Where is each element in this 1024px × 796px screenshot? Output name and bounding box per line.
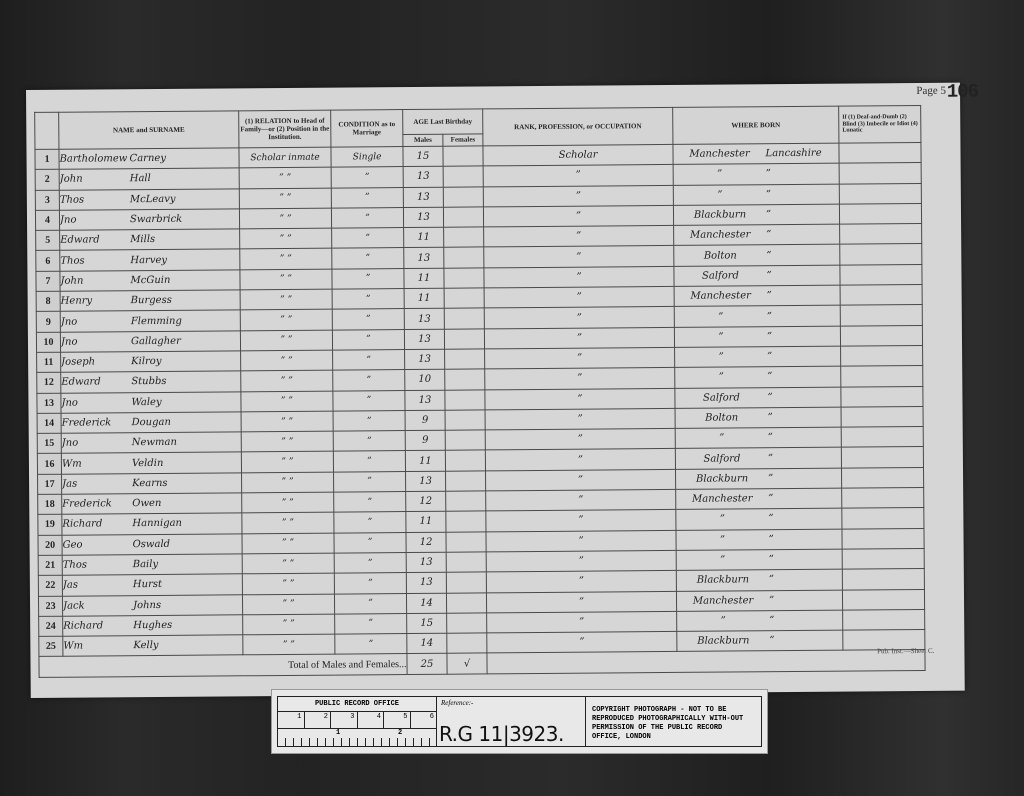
age-male: 11: [406, 512, 446, 533]
birth-county: ”: [766, 189, 771, 200]
header-age-males: Males: [403, 134, 443, 146]
person-name: FrederickDougan: [61, 412, 241, 434]
header-relation: (1) RELATION to Head of Family—or (2) Po…: [239, 110, 331, 148]
where-born: Blackburn”: [676, 569, 842, 591]
occupation: ”: [486, 591, 676, 613]
infirmity: [842, 467, 924, 488]
person-name: JnoSwarbrick: [59, 209, 239, 231]
where-born: ””: [673, 163, 839, 185]
surname: Hannigan: [132, 518, 182, 529]
age-male: 15: [403, 146, 443, 167]
age-male: 9: [405, 410, 445, 431]
infirmity: [842, 589, 924, 610]
first-name: Richard: [63, 620, 133, 632]
age-male: 13: [404, 329, 444, 350]
occupation: ”: [483, 165, 673, 187]
occupation: ”: [484, 226, 674, 248]
first-name: Jno: [62, 437, 132, 449]
where-born: Manchester”: [674, 285, 840, 307]
first-name: Geo: [63, 539, 133, 551]
birth-county: ”: [766, 270, 771, 281]
surname: Baily: [133, 559, 158, 570]
age-female: [444, 268, 484, 289]
age-female: [444, 329, 484, 350]
where-born: Manchester”: [676, 590, 842, 612]
relation: ” ”: [243, 614, 335, 635]
infirmity: [839, 142, 921, 163]
age-female: [446, 552, 486, 573]
where-born: ManchesterLancashire: [673, 143, 839, 165]
relation: ” ”: [242, 472, 334, 493]
infirmity: [842, 508, 924, 529]
birth-place: Bolton: [676, 412, 768, 424]
person-name: JohnHall: [59, 168, 239, 190]
age-male: 14: [407, 633, 447, 654]
surname: Waley: [131, 397, 161, 408]
person-name: JnoGallagher: [60, 330, 240, 352]
where-born: ””: [677, 610, 843, 632]
surname: McGuin: [130, 275, 170, 286]
age-female: [446, 532, 486, 553]
where-born: ””: [675, 427, 841, 449]
condition: ”: [333, 431, 405, 452]
condition: ”: [333, 451, 405, 472]
infirmity: [842, 548, 924, 569]
header-name: NAME and SURNAME: [59, 111, 239, 149]
occupation: ”: [485, 347, 675, 369]
age-female: [446, 491, 486, 512]
infirmity: [841, 366, 923, 387]
age-female: [444, 308, 484, 329]
birth-place: Manchester: [676, 493, 768, 505]
infirmity: [842, 528, 924, 549]
first-name: John: [60, 275, 130, 287]
person-name: WmVeldin: [61, 452, 241, 474]
age-male: 10: [405, 369, 445, 390]
archive-cell: 2: [305, 712, 332, 728]
totals-blank: [487, 650, 925, 674]
row-number: 24: [39, 616, 63, 636]
occupation: ”: [487, 611, 677, 633]
birth-county: ”: [767, 331, 772, 342]
age-female: [446, 572, 486, 593]
row-number: 3: [35, 190, 59, 210]
surname: Johns: [133, 600, 161, 611]
birth-county: ”: [767, 311, 772, 322]
person-name: FrederickOwen: [62, 493, 242, 515]
surname: Kelly: [133, 640, 158, 651]
occupation: ”: [485, 388, 675, 410]
row-number: 18: [38, 494, 62, 514]
relation: ” ”: [240, 289, 332, 310]
header-where-born: WHERE BORN: [673, 106, 839, 144]
condition: ”: [334, 573, 406, 594]
age-female: [446, 592, 486, 613]
birth-county: ”: [768, 412, 773, 423]
row-number: 14: [37, 413, 61, 433]
person-name: JnoWaley: [61, 391, 241, 413]
header-row-number: [35, 112, 59, 149]
folio-number: 106: [947, 81, 978, 103]
occupation: ”: [485, 449, 675, 471]
infirmity: [840, 305, 922, 326]
total-check-mark: √: [447, 653, 487, 674]
relation: ” ”: [240, 228, 332, 249]
reference-value: R.G 11|3923.: [439, 722, 564, 746]
ruler-scale: 1 2: [278, 729, 436, 746]
age-male: 13: [406, 471, 446, 492]
row-number: 2: [35, 170, 59, 190]
row-number: 4: [35, 210, 59, 230]
age-female: [443, 146, 483, 167]
birth-place: ”: [675, 311, 767, 323]
surname: Kilroy: [131, 356, 161, 367]
row-number: 21: [38, 555, 62, 575]
row-number: 8: [36, 291, 60, 311]
birth-county: Lancashire: [765, 148, 821, 159]
condition: ”: [331, 207, 403, 228]
relation: ” ”: [241, 370, 333, 391]
first-name: Wm: [63, 640, 133, 652]
birth-county: ”: [767, 392, 772, 403]
birth-place: Blackburn: [677, 575, 769, 587]
row-number: 13: [37, 393, 61, 413]
where-born: Salford”: [675, 387, 841, 409]
condition: ”: [332, 289, 404, 310]
header-age-females: Females: [443, 134, 483, 146]
relation: ” ”: [242, 594, 334, 615]
archive-office: PUBLIC RECORD OFFICE: [278, 697, 436, 712]
occupation: ”: [483, 205, 673, 227]
occupation: ”: [486, 571, 676, 593]
birth-place: Manchester: [674, 230, 766, 242]
birth-county: ”: [766, 209, 771, 220]
archive-cell: 1: [278, 712, 305, 728]
surname: Carney: [130, 153, 166, 164]
surname: McLeavy: [130, 194, 176, 205]
person-name: RichardHughes: [63, 615, 243, 637]
birth-county: ”: [768, 514, 773, 525]
birth-place: Blackburn: [677, 635, 769, 647]
copyright-notice: COPYRIGHT PHOTOGRAPH - NOT TO BE REPRODU…: [586, 697, 761, 746]
condition: ”: [332, 329, 404, 350]
relation: ” ”: [241, 431, 333, 452]
condition: ”: [333, 410, 405, 431]
first-name: Jas: [63, 580, 133, 592]
first-name: Jno: [61, 336, 131, 348]
birth-place: ”: [677, 615, 769, 627]
condition: ”: [334, 593, 406, 614]
surname: Hughes: [133, 620, 172, 631]
relation: ” ”: [241, 350, 333, 371]
age-male: 12: [406, 491, 446, 512]
birth-place: ”: [677, 534, 769, 546]
age-male: 13: [406, 552, 446, 573]
first-name: Wm: [62, 458, 132, 470]
infirmity: [843, 609, 925, 630]
occupation: ”: [485, 368, 675, 390]
occupation: ”: [486, 530, 676, 552]
age-female: [444, 247, 484, 268]
birth-county: ”: [768, 473, 773, 484]
occupation: ”: [484, 246, 674, 268]
birth-place: ”: [676, 514, 768, 526]
age-male: 13: [404, 309, 444, 330]
birth-place: Manchester: [677, 595, 769, 607]
surname: Burgess: [131, 295, 172, 306]
relation: ” ”: [240, 309, 332, 330]
form-reference: Pub. Inst.—Sheet C.: [877, 647, 934, 655]
birth-place: Blackburn: [674, 209, 766, 221]
birth-place: ”: [677, 554, 769, 566]
birth-county: ”: [767, 351, 772, 362]
age-female: [443, 166, 483, 187]
totals-label: Total of Males and Females...: [39, 654, 407, 678]
person-name: JackJohns: [62, 594, 242, 616]
where-born: Blackburn”: [673, 204, 839, 226]
person-name: JasHurst: [62, 574, 242, 596]
condition: ”: [334, 532, 406, 553]
infirmity: [840, 325, 922, 346]
first-name: Bartholomew: [60, 153, 130, 165]
birth-county: ”: [768, 493, 773, 504]
header-condition: CONDITION as to Marriage: [331, 110, 403, 148]
first-name: Joseph: [61, 356, 131, 368]
age-female: [443, 187, 483, 208]
birth-county: ”: [769, 595, 774, 606]
person-name: EdwardStubbs: [61, 371, 241, 393]
occupation: ”: [486, 550, 676, 572]
birth-place: ”: [674, 189, 766, 201]
age-male: 13: [405, 349, 445, 370]
birth-county: ”: [769, 534, 774, 545]
row-number: 16: [37, 454, 61, 474]
header-age: AGE Last Birthday: [403, 109, 483, 135]
surname: Flemming: [131, 315, 182, 326]
age-male: 13: [405, 390, 445, 411]
surname: Kearns: [132, 478, 168, 489]
occupation: ”: [485, 408, 675, 430]
condition: ”: [335, 613, 407, 634]
first-name: Thos: [63, 559, 133, 571]
surname: Newman: [132, 437, 177, 448]
age-female: [445, 430, 485, 451]
first-name: Jno: [61, 397, 131, 409]
person-name: ThosMcLeavy: [59, 188, 239, 210]
surname: Gallagher: [131, 336, 181, 347]
where-born: Manchester”: [676, 488, 842, 510]
relation: ” ”: [240, 330, 332, 351]
ruler-mark: 1: [336, 729, 340, 737]
person-name: JohnMcGuin: [60, 270, 240, 292]
surname: Swarbrick: [130, 214, 182, 225]
birth-county: ”: [766, 250, 771, 261]
birth-place: ”: [674, 169, 766, 181]
birth-place: Salford: [674, 270, 766, 282]
infirmity: [841, 427, 923, 448]
age-female: [445, 450, 485, 471]
relation: ” ”: [242, 492, 334, 513]
birth-county: ”: [768, 432, 773, 443]
where-born: Blackburn”: [677, 630, 843, 652]
person-name: RichardHannigan: [62, 513, 242, 535]
age-male: 13: [404, 248, 444, 269]
age-male: 12: [406, 532, 446, 553]
birth-county: ”: [767, 372, 772, 383]
birth-place: Manchester: [675, 290, 767, 302]
relation: ” ”: [241, 452, 333, 473]
person-name: ThosBaily: [62, 554, 242, 576]
row-number: 5: [36, 230, 60, 250]
census-rows: 1BartholomewCarneyScholar inmateSingle15…: [35, 142, 925, 677]
condition: ”: [333, 390, 405, 411]
where-born: Bolton”: [675, 407, 841, 429]
first-name: Jack: [63, 600, 133, 612]
archive-cell: 5: [384, 712, 411, 728]
first-name: Henry: [61, 295, 131, 307]
age-male: 15: [407, 613, 447, 634]
row-number: 19: [38, 515, 62, 535]
row-number: 10: [36, 332, 60, 352]
first-name: Edward: [60, 235, 130, 247]
age-female: [444, 227, 484, 248]
first-name: Frederick: [62, 498, 132, 510]
age-male: 13: [403, 207, 443, 228]
birth-county: ”: [769, 575, 774, 586]
infirmity: [842, 569, 924, 590]
occupation: ”: [487, 632, 677, 654]
archive-cell: 6: [411, 712, 437, 728]
first-name: Richard: [62, 519, 132, 531]
age-female: [446, 511, 486, 532]
age-male: 11: [404, 227, 444, 248]
surname: Oswald: [133, 539, 171, 550]
relation: ” ”: [242, 533, 334, 554]
birth-place: ”: [675, 331, 767, 343]
where-born: ””: [675, 366, 841, 388]
infirmity: [839, 183, 921, 204]
condition: ”: [331, 187, 403, 208]
first-name: Jno: [61, 316, 131, 328]
where-born: ””: [676, 529, 842, 551]
birth-place: ”: [675, 372, 767, 384]
infirmity: [841, 447, 923, 468]
where-born: ””: [674, 305, 840, 327]
condition: ”: [334, 512, 406, 533]
birth-county: ”: [768, 453, 773, 464]
row-number: 11: [37, 352, 61, 372]
row-number: 15: [37, 433, 61, 453]
first-name: Jno: [60, 214, 130, 226]
birth-place: ”: [676, 432, 768, 444]
age-male: 13: [406, 572, 446, 593]
relation: ” ”: [241, 411, 333, 432]
condition: ”: [332, 228, 404, 249]
infirmity: [841, 345, 923, 366]
row-number: 1: [35, 149, 59, 169]
where-born: Manchester”: [674, 224, 840, 246]
condition: ”: [331, 167, 403, 188]
condition: ”: [334, 471, 406, 492]
birth-county: ”: [766, 229, 771, 240]
archive-cells: 1 2 3 4 5 6: [278, 712, 436, 729]
condition: ”: [335, 634, 407, 655]
person-name: EdwardMills: [60, 229, 240, 251]
row-number: 20: [38, 535, 62, 555]
archive-label: PUBLIC RECORD OFFICE 1 2 3 4 5 6 1 2 Ref…: [271, 689, 768, 754]
occupation: ”: [486, 510, 676, 532]
birth-place: ”: [675, 351, 767, 363]
infirmity: [840, 285, 922, 306]
age-female: [444, 288, 484, 309]
occupation: Scholar: [483, 144, 673, 166]
where-born: ””: [675, 346, 841, 368]
surname: Mills: [130, 234, 155, 245]
surname: Owen: [132, 498, 161, 509]
person-name: JnoNewman: [61, 432, 241, 454]
infirmity: [841, 406, 923, 427]
birth-county: ”: [766, 169, 771, 180]
row-number: 23: [38, 596, 62, 616]
age-female: [447, 633, 487, 654]
relation: Scholar inmate: [239, 147, 331, 168]
header-infirmity: If (1) Deaf-and-Dumb (2) Blind (3) Imbec…: [839, 105, 921, 143]
person-name: ThosHarvey: [60, 249, 240, 271]
person-name: BartholomewCarney: [59, 148, 239, 170]
where-born: Salford”: [674, 265, 840, 287]
reference-label: Reference:-: [441, 699, 473, 707]
relation: ” ”: [243, 634, 335, 655]
birth-county: ”: [769, 635, 774, 646]
relation: ” ”: [242, 553, 334, 574]
person-name: JasKearns: [62, 473, 242, 495]
condition: ”: [333, 350, 405, 371]
infirmity: [839, 203, 921, 224]
where-born: Blackburn”: [676, 468, 842, 490]
first-name: Frederick: [62, 417, 132, 429]
where-born: ””: [673, 184, 839, 206]
birth-county: ”: [769, 615, 774, 626]
age-male: 14: [406, 593, 446, 614]
where-born: Salford”: [675, 448, 841, 470]
first-name: Jas: [62, 478, 132, 490]
age-female: [443, 207, 483, 228]
surname: Dougan: [132, 417, 171, 428]
census-table: NAME and SURNAME (1) RELATION to Head of…: [34, 105, 925, 678]
ruler-mark: 2: [398, 729, 402, 737]
condition: ”: [333, 370, 405, 391]
condition: ”: [332, 309, 404, 330]
relation: ” ”: [239, 188, 331, 209]
occupation: ”: [485, 429, 675, 451]
occupation: ”: [484, 307, 674, 329]
person-name: GeoOswald: [62, 533, 242, 555]
relation: ” ”: [241, 391, 333, 412]
row-number: 25: [39, 636, 63, 656]
condition: ”: [334, 492, 406, 513]
surname: Hall: [130, 173, 151, 184]
where-born: ””: [676, 508, 842, 530]
first-name: Thos: [60, 194, 130, 206]
header-occupation: RANK, PROFESSION, or OCCUPATION: [483, 107, 673, 145]
age-male: 13: [403, 167, 443, 188]
relation: ” ”: [239, 167, 331, 188]
where-born: Bolton”: [674, 245, 840, 267]
relation: ” ”: [240, 249, 332, 270]
age-male: 13: [403, 187, 443, 208]
age-female: [445, 349, 485, 370]
birth-county: ”: [767, 290, 772, 301]
